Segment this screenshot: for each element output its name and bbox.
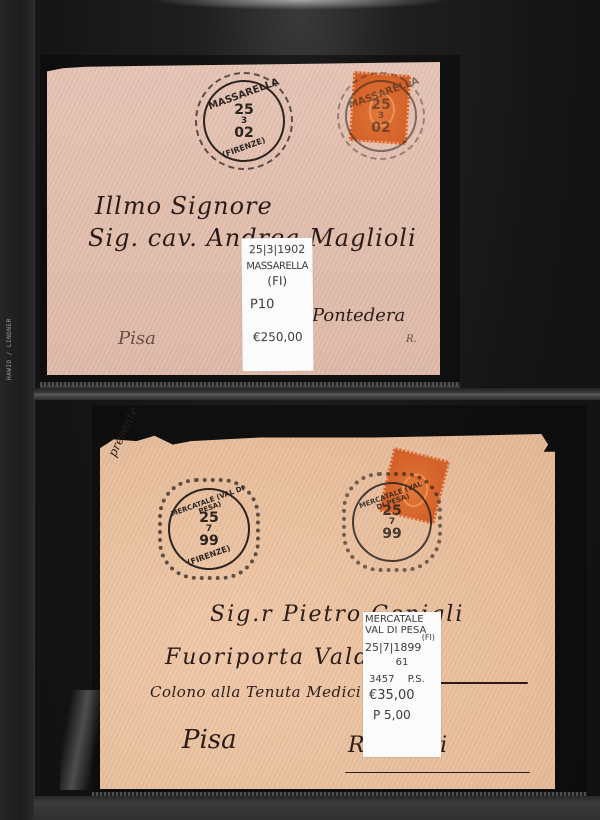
pocket-rim: [92, 792, 587, 796]
album-stock-page: HAWID / LINDNER MASSARELLA 25 3 02 (FIRE…: [0, 0, 600, 820]
pocket-rim: [40, 382, 460, 386]
address-line: Illmo Signore: [95, 192, 273, 220]
strip-divider: [34, 388, 600, 400]
registration-mark: R.: [406, 334, 417, 345]
label-catalog: 61: [363, 658, 441, 669]
postmark-year: 99: [199, 534, 218, 548]
postmark-year: 02: [234, 126, 253, 140]
postmark-year: 99: [382, 527, 401, 541]
postmark-year: 02: [371, 121, 390, 135]
sleeve-reflection: [60, 690, 100, 790]
stamp-cancel: MERCATALE (VAL DI PESA) 25 7 99: [352, 482, 432, 562]
strip-bottom: [34, 796, 600, 820]
label-province: (FI): [242, 275, 313, 288]
binder-label: HAWID / LINDNER: [6, 300, 16, 380]
label-town: MERCATALE: [363, 615, 441, 626]
ink-underline: [345, 772, 530, 773]
address-line: Pisa: [118, 328, 156, 349]
postmark-day: 25: [234, 103, 253, 117]
label-price: €250,00: [242, 331, 313, 344]
ink-underline: [440, 682, 528, 684]
label-points: P10: [242, 297, 313, 311]
label-town: MASSARELLA: [242, 261, 313, 272]
address-line: Pisa: [182, 725, 237, 755]
label-reference: 3457 P.S.: [363, 675, 441, 686]
postmark-mercatale: MERCATALE (VAL DI PESA) 25 7 99 (FIRENZE…: [168, 488, 250, 570]
price-label: 25|3|1902 MASSARELLA (FI) P10 €250,00: [241, 238, 313, 372]
postmark-massarella: MASSARELLA 25 3 02 (FIRENZE): [203, 80, 285, 162]
address-line: Colono alla Tenuta Medici: [150, 683, 361, 701]
label-price: €35,00: [363, 689, 441, 703]
binder-strip: HAWID / LINDNER: [0, 0, 35, 820]
stamp-cancel: MASSARELLA 25 3 02: [345, 80, 417, 152]
label-points: P 5,00: [363, 709, 441, 722]
price-label: MERCATALE VAL DI PESA (FI) 25|7|1899 61 …: [363, 612, 441, 757]
label-date: 25|3|1902: [241, 244, 312, 256]
address-line: Pontedera: [312, 305, 405, 326]
label-date: 25|7|1899: [363, 642, 441, 654]
light-glare: [150, 0, 450, 10]
